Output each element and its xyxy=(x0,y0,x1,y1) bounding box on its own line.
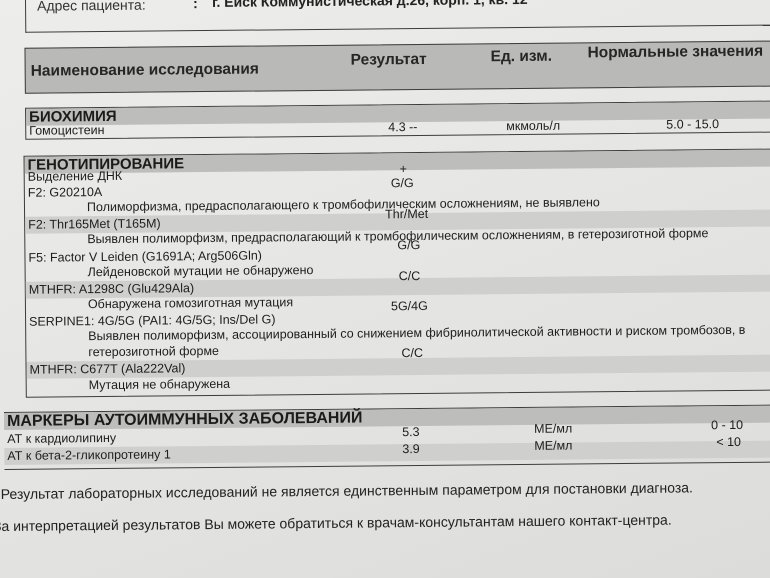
test-normal-range: 0 - 10 xyxy=(711,417,743,434)
test-result: C/C xyxy=(399,268,421,285)
test-result: G/G xyxy=(391,175,414,192)
test-unit: МЕ/мл xyxy=(534,421,572,438)
footer-contact-note: За интерпретацией результатов Вы можете … xyxy=(0,512,672,535)
test-comment: Мутация не обнаружена xyxy=(89,376,231,394)
test-unit: МЕ/мл xyxy=(534,438,572,455)
test-comment: Лейденовской мутации не обнаружено xyxy=(88,262,314,281)
test-result: 3.9 xyxy=(402,441,420,458)
column-header-unit: Ед. изм. xyxy=(490,48,552,67)
test-name: АТ к кардиолипину xyxy=(7,430,116,448)
test-result: C/C xyxy=(401,345,423,362)
section-autoimmune-markers: МАРКЕРЫ АУТОИММУННЫХ ЗАБОЛЕВАНИЙ АТ к ка… xyxy=(4,404,770,470)
test-comment-continued: гетерозиготной форме xyxy=(88,343,219,361)
section-genotyping: ГЕНОТИПИРОВАНИЕ Выделение ДНК + F2: G202… xyxy=(23,148,770,398)
test-result: 5.3 xyxy=(402,424,420,441)
column-header-normal: Нормальные значения xyxy=(587,43,763,63)
test-normal-range: 5.0 - 15.0 xyxy=(666,116,719,134)
section-biochemistry: БИОХИМИЯ Гомоцистеин 4.3 -- мкмоль/л 5.0… xyxy=(25,100,770,140)
column-header-result: Результат xyxy=(351,51,427,70)
test-comment: Обнаружена гомозиготная мутация xyxy=(88,294,293,313)
test-result: 5G/4G xyxy=(391,298,428,315)
test-result: Thr/Met xyxy=(385,206,428,223)
patient-address-colon: : xyxy=(193,0,198,11)
patient-address-label: Адрес пациента: xyxy=(37,0,146,14)
lab-report-page: Адрес пациента: : г. Ейск Коммунистическ… xyxy=(0,0,770,578)
column-header-name: Наименование исследования xyxy=(31,61,259,81)
test-unit: мкмоль/л xyxy=(506,118,560,136)
test-result: 4.3 -- xyxy=(388,119,417,136)
test-result: G/G xyxy=(397,237,420,254)
test-normal-range: < 10 xyxy=(716,434,741,451)
test-name: Гомоцистеин xyxy=(29,122,104,140)
column-header: Наименование исследования Результат Ед. … xyxy=(24,40,770,94)
test-name: АТ к бета-2-гликопротеину 1 xyxy=(7,446,171,465)
footer-disclaimer: Результат лабораторных исследований не я… xyxy=(1,479,693,502)
